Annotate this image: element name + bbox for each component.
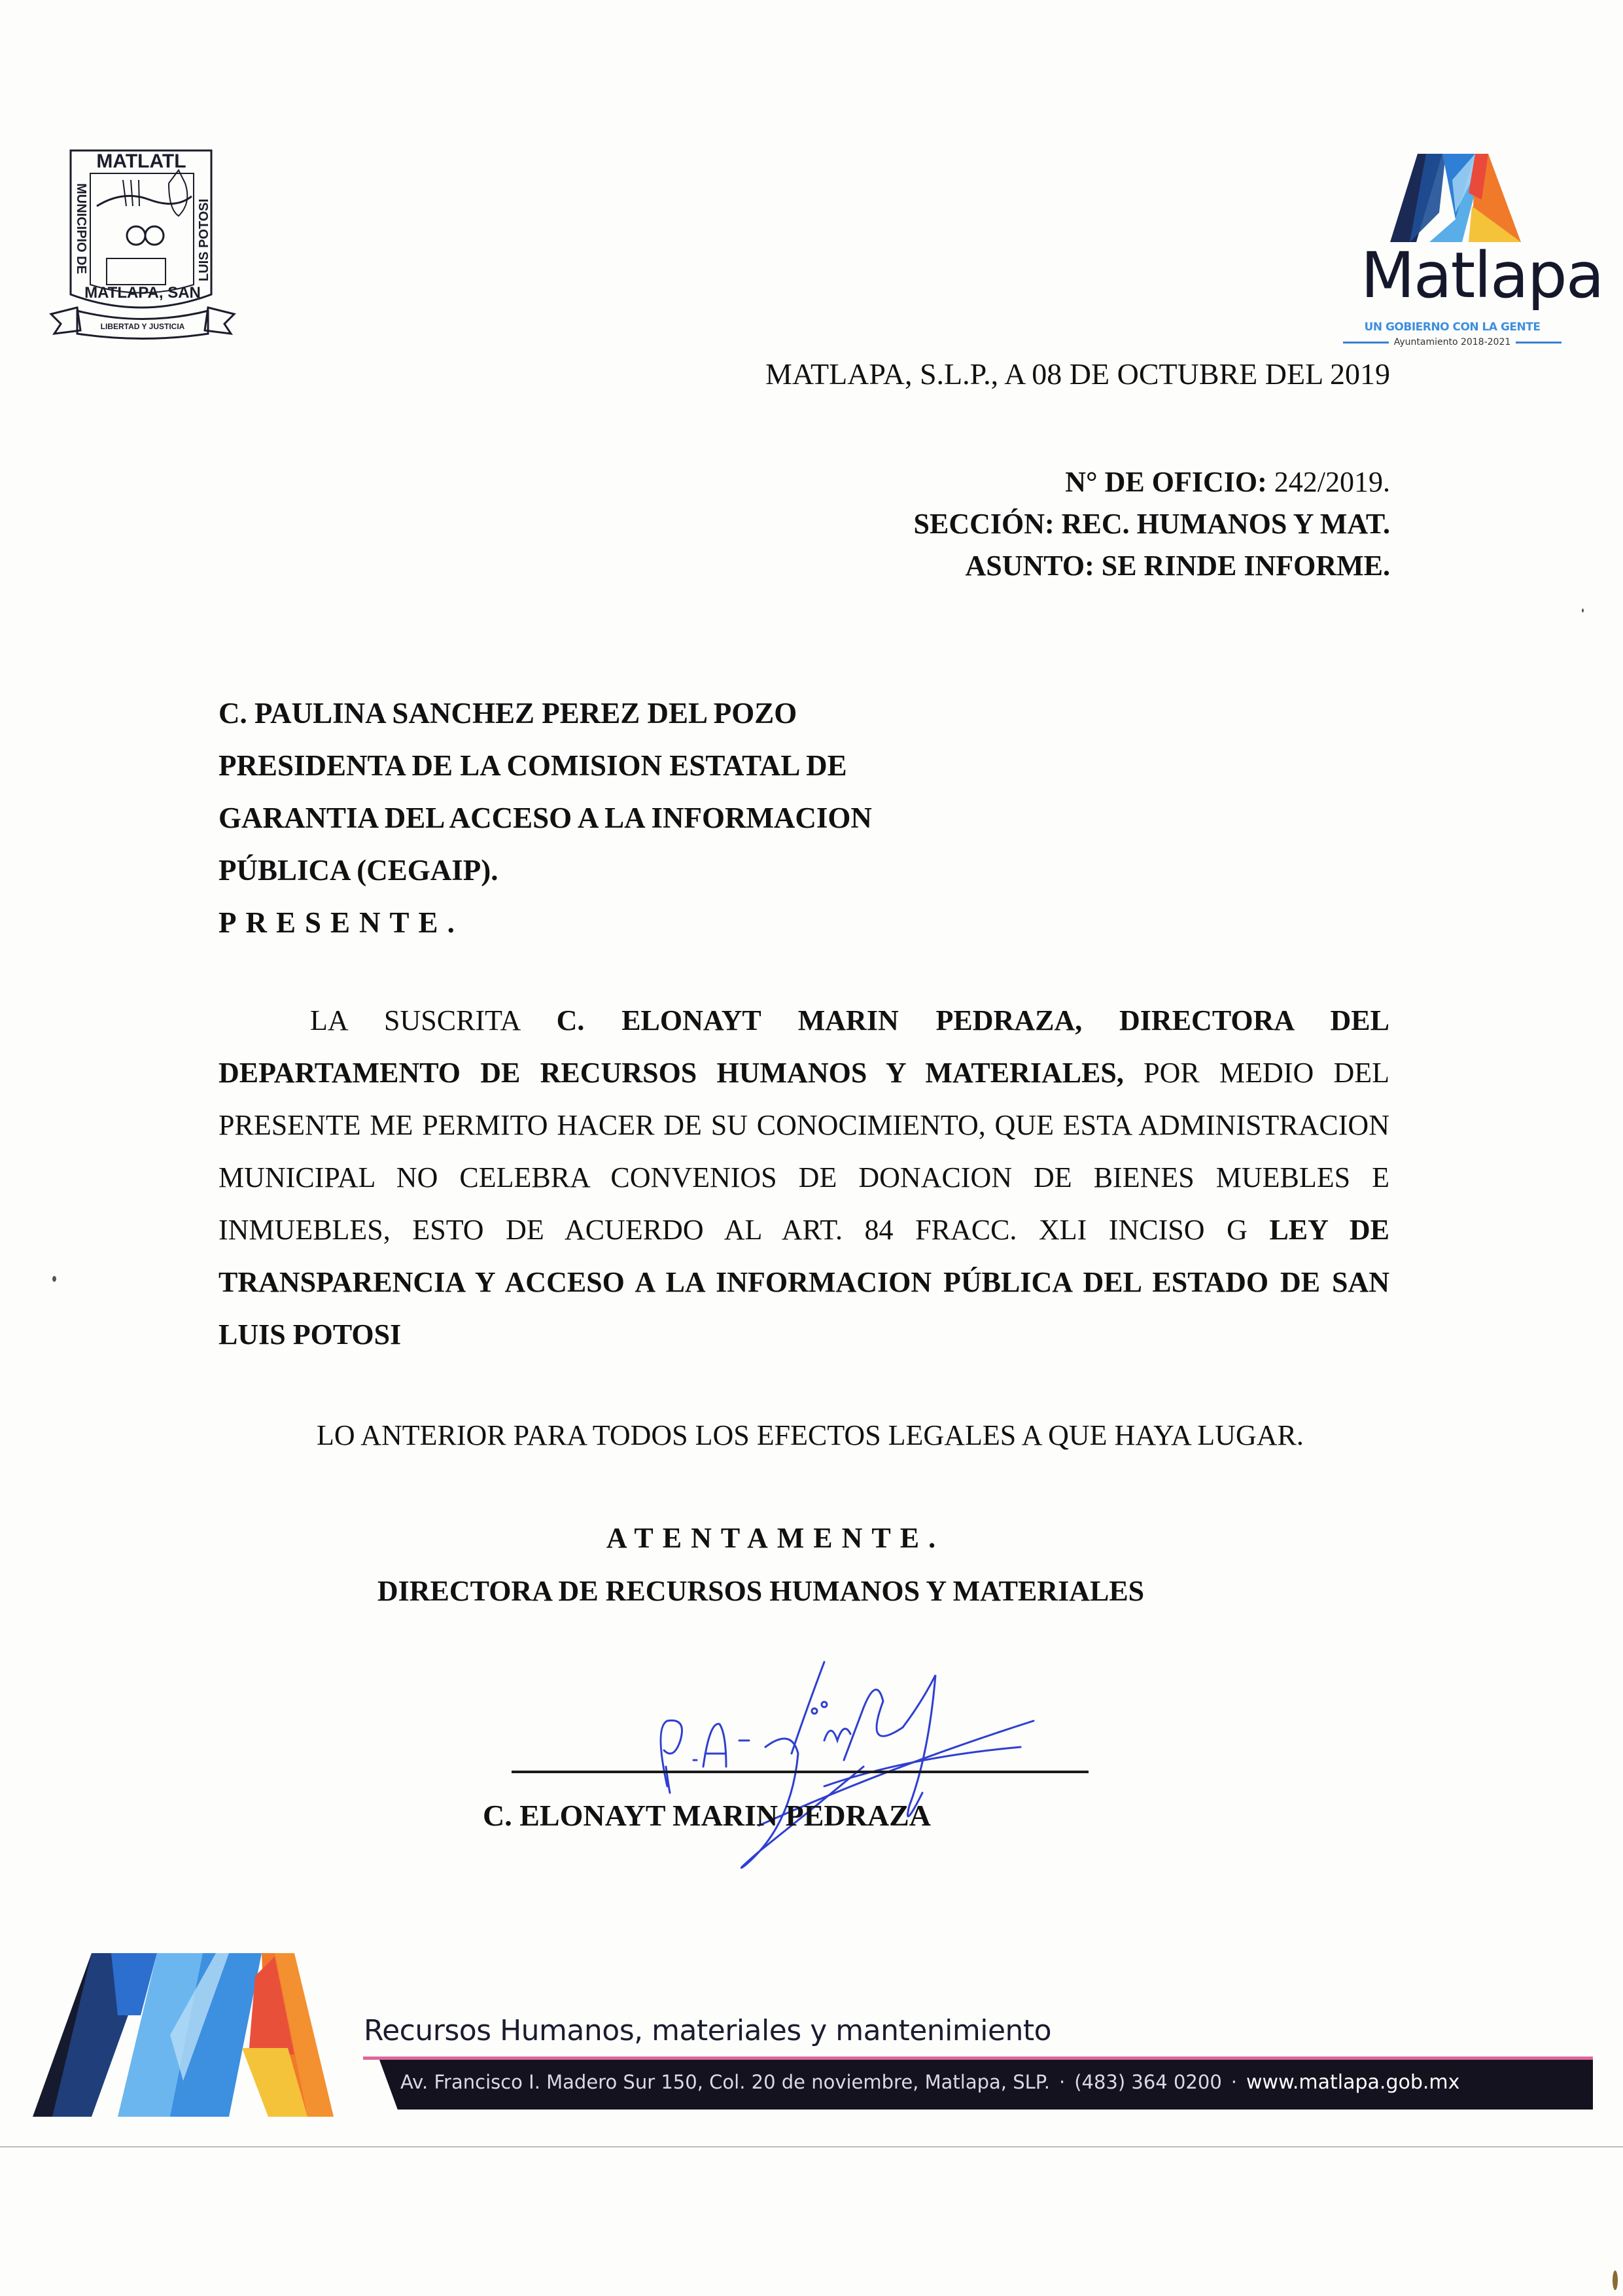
scan-speck	[52, 1276, 56, 1282]
oficio-number: N° DE OFICIO: 242/2019.	[914, 461, 1390, 503]
addressee-block: C. PAULINA SANCHEZ PEREZ DEL POZO PRESID…	[218, 687, 872, 949]
signature-line	[512, 1771, 1089, 1773]
footer-phone: (483) 364 0200	[1074, 2071, 1222, 2093]
brand-slogan: UN GOBIERNO CON LA GENTE	[1354, 321, 1550, 334]
addressee-name: C. PAULINA SANCHEZ PEREZ DEL POZO	[218, 687, 872, 739]
matlapa-brand-logo: Matlapa UN GOBIERNO CON LA GENTE Ayuntam…	[1335, 147, 1570, 350]
svg-text:MUNICIPIO DE: MUNICIPIO DE	[74, 183, 88, 274]
footer-website-link[interactable]: www.matlapa.gob.mx	[1246, 2071, 1459, 2094]
subject: ASUNTO: SE RINDE INFORME.	[914, 545, 1390, 587]
svg-text:MATLAPA, SAN: MATLAPA, SAN	[84, 284, 201, 302]
svg-text:MATLATL: MATLATL	[96, 150, 186, 172]
matlapa-m-logo-icon	[1390, 154, 1521, 245]
valediction: ATENTAMENTE.	[0, 1521, 1623, 1555]
place-date: MATLAPA, S.L.P., A 08 DE OCTUBRE DEL 201…	[765, 357, 1390, 391]
footer-department: Recursos Humanos, materiales y mantenimi…	[364, 2014, 1051, 2047]
handwritten-signature	[628, 1636, 1099, 1871]
svg-text:LUIS POTOSI: LUIS POTOSI	[197, 199, 211, 281]
addressee-title-3: PÚBLICA (CEGAIP).	[218, 844, 872, 896]
section: SECCIÓN: REC. HUMANOS Y MAT.	[914, 503, 1390, 545]
addressee-title-1: PRESIDENTA DE LA COMISION ESTATAL DE	[218, 739, 872, 792]
scan-edge-line	[0, 2146, 1623, 2147]
body-paragraph: LA SUSCRITA C. ELONAYT MARIN PEDRAZA, DI…	[218, 995, 1389, 1361]
presente-label: PRESENTE.	[218, 896, 872, 949]
svg-text:LIBERTAD Y JUSTICIA: LIBERTAD Y JUSTICIA	[101, 322, 185, 331]
scan-speck	[1582, 609, 1584, 612]
signer-title: DIRECTORA DE RECURSOS HUMANOS Y MATERIAL…	[0, 1574, 1623, 1608]
brand-name: Matlapa	[1361, 239, 1603, 312]
scan-speck	[1613, 2270, 1618, 2290]
footer-contact-info: Av. Francisco I. Madero Sur 150, Col. 20…	[400, 2071, 1459, 2094]
valediction-block: ATENTAMENTE. DIRECTORA DE RECURSOS HUMAN…	[0, 1521, 1623, 1608]
brand-period: Ayuntamiento 2018-2021	[1335, 337, 1570, 347]
closing-sentence: LO ANTERIOR PARA TODOS LOS EFECTOS LEGAL…	[317, 1419, 1304, 1452]
reference-block: N° DE OFICIO: 242/2019. SECCIÓN: REC. HU…	[914, 461, 1390, 587]
footer-accent-stripe	[363, 2057, 1593, 2060]
municipal-coat-of-arms: MATLATL MATLAPA, SAN LIBERTAD Y JUSTICIA…	[44, 144, 241, 347]
addressee-title-2: GARANTIA DEL ACCESO A LA INFORMACION	[218, 792, 872, 844]
footer-address: Av. Francisco I. Madero Sur 150, Col. 20…	[400, 2071, 1050, 2093]
footer-m-logo-icon	[7, 1950, 373, 2120]
signer-name: C. ELONAYT MARIN PEDRAZA	[0, 1798, 1518, 1833]
